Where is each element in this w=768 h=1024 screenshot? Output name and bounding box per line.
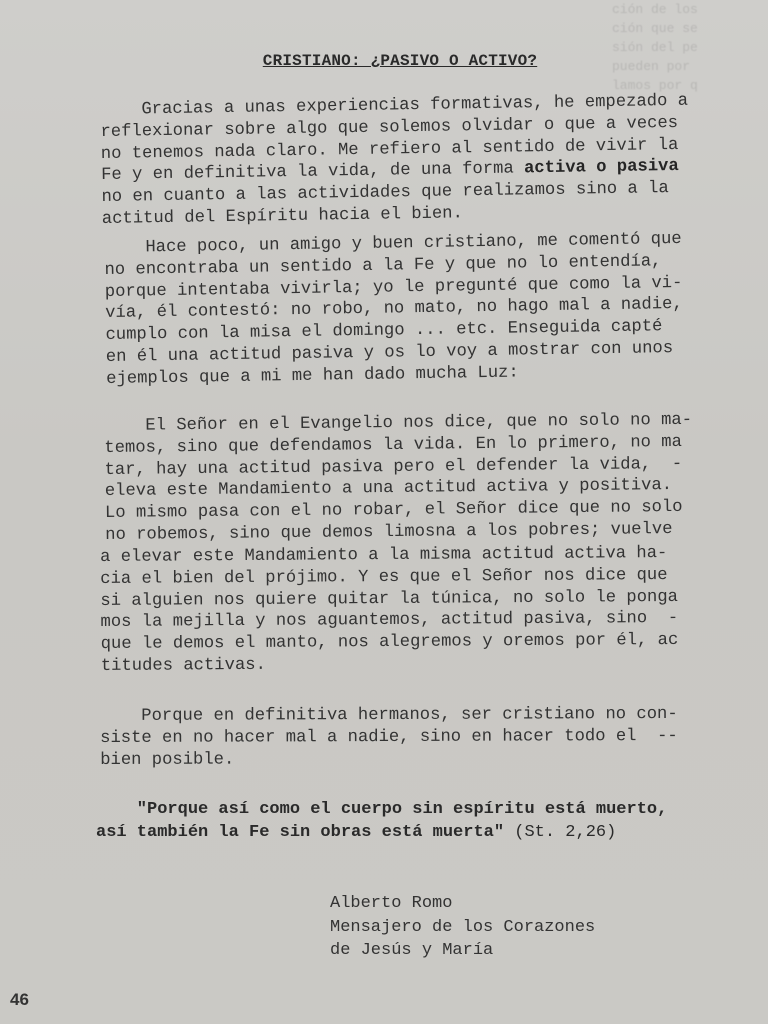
bold-phrase: activa o pasiva [524,157,679,178]
p3-line: mos la mejilla y nos aguantemos, actitud… [100,609,678,632]
paragraph-3: El Señor en el Evangelio nos dice, que n… [104,409,735,546]
quote-line-2: así también la Fe sin obras está muerta" [96,823,504,842]
scripture-quote: "Porque así como el cuerpo sin espíritu … [96,798,746,844]
p3-line: cia el bien del prójimo. Y es que el Señ… [100,566,667,589]
p3-line: titudes activas. [101,656,266,676]
p3-line: a elevar este Mandamiento a la misma act… [100,544,667,567]
paragraph-1: Gracias a unas experiencias formativas, … [100,90,732,231]
p3-line: temos, sino que defendamos la vida. En l… [104,433,682,458]
page-title: CRISTIANO: ¿PASIVO O ACTIVO? [0,52,768,70]
author-affiliation-2: de Jesús y María [330,941,493,960]
p3-line: tar, hay una actitud pasiva pero el defe… [104,455,682,480]
scanned-page: ción de los ción que se sión del pe pued… [0,0,768,1024]
quote-reference: (St. 2,26) [504,823,616,842]
p3-line: eleva este Mandamiento a una actitud act… [105,476,672,501]
author-name: Alberto Romo [330,894,452,913]
author-affiliation: Mensajero de los Corazones [330,918,595,937]
paragraph-3-continued: a elevar este Mandamiento a la misma act… [100,543,731,678]
p4-line: siste en no hacer mal a nadie, sino en h… [100,727,678,748]
signature-block: Alberto Romo Mensajero de los Corazones … [330,892,595,963]
bleed-through-text: ción de los ción que se sión del pe pued… [612,0,698,95]
p3-line: Lo mismo pasa con el no robar, el Señor … [105,498,683,523]
paragraph-2: Hace poco, un amigo y buen cristiano, me… [104,228,736,390]
page-number: 46 [10,990,29,1010]
p3-line: no robemos, sino que demos limosna a los… [105,520,672,545]
p3-line: El Señor en el Evangelio nos dice, que n… [104,411,692,436]
paragraph-4: Porque en definitiva hermanos, ser crist… [100,704,730,772]
p4-line: Porque en definitiva hermanos, ser crist… [100,705,678,726]
p1-line-6: actitud del Espíritu hacia el bien. [102,204,463,229]
p3-line: si alguien nos quiere quitar la túnica, … [100,588,678,611]
quote-line-1: "Porque así como el cuerpo sin espíritu … [96,800,667,819]
p2-line: ejemplos que a mi me han dado mucha Luz: [106,363,519,388]
p3-line: que le demos el manto, nos alegremos y o… [101,631,679,654]
p4-line: bien posible. [100,750,234,769]
